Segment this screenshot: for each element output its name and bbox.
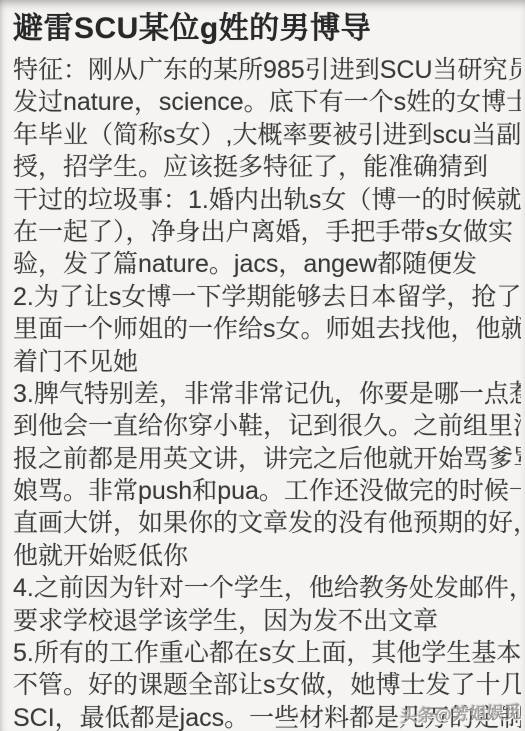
text-line: 报之前都是用英文讲，讲完之后他就开始骂爹骂 — [13, 443, 521, 475]
text-line: 里面一个师姐的一作给s女。师姐去找他，他就关 — [13, 313, 521, 345]
text-line: 发过nature，science。底下有一个s姓的女博士今 — [13, 86, 521, 118]
text-line: 干过的垃圾事：1.婚内出轨s女（博一的时候就搞 — [13, 184, 521, 216]
post-screenshot: 避雷SCU某位g姓的男博导 特征：刚从广东的某所985引进到SCU当研究员， 发… — [0, 0, 525, 731]
text-line: 直画大饼，如果你的文章发的没有他预期的好， — [13, 507, 521, 539]
text-line: 4.之前因为针对一个学生，他给教务处发邮件， — [13, 572, 521, 604]
text-line: 5.所有的工作重心都在s女上面，其他学生基本上 — [13, 637, 521, 669]
text-line: 娘骂。非常push和pua。工作还没做完的时候一 — [13, 475, 521, 507]
text-line: 验，发了篇nature。jacs，angew都随便发 — [13, 248, 521, 280]
text-line: 要求学校退学该学生，因为发不出文章 — [13, 605, 521, 637]
text-line: 2.为了让s女博一下学期能够去日本留学，抢了组 — [13, 281, 521, 313]
text-line: 3.脾气特别差，非常非常记仇，你要是哪一点惹 — [13, 378, 521, 410]
text-line: 着门不见她 — [13, 346, 521, 378]
text-line: 到他会一直给你穿小鞋，记到很久。之前组里汇 — [13, 410, 521, 442]
text-line: 特征：刚从广东的某所985引进到SCU当研究员， — [13, 54, 521, 86]
toutiao-watermark: 头条@芳姐娱觅 — [400, 698, 523, 727]
text-line: 年毕业（简称s女）,大概率要被引进到scu当副教 — [13, 119, 521, 151]
text-line: 在一起了），净身出户离婚，手把手带s女做实 — [13, 216, 521, 248]
text-line: 不管。好的课题全部让s女做，她博士发了十几篇 — [13, 669, 521, 701]
text-line: 他就开始贬低你 — [13, 540, 521, 572]
post-title: 避雷SCU某位g姓的男博导 — [13, 6, 521, 52]
text-line: 授，招学生。应该挺多特征了，能准确猜到 — [13, 151, 521, 183]
post-body: 特征：刚从广东的某所985引进到SCU当研究员， 发过nature，scienc… — [13, 54, 521, 731]
